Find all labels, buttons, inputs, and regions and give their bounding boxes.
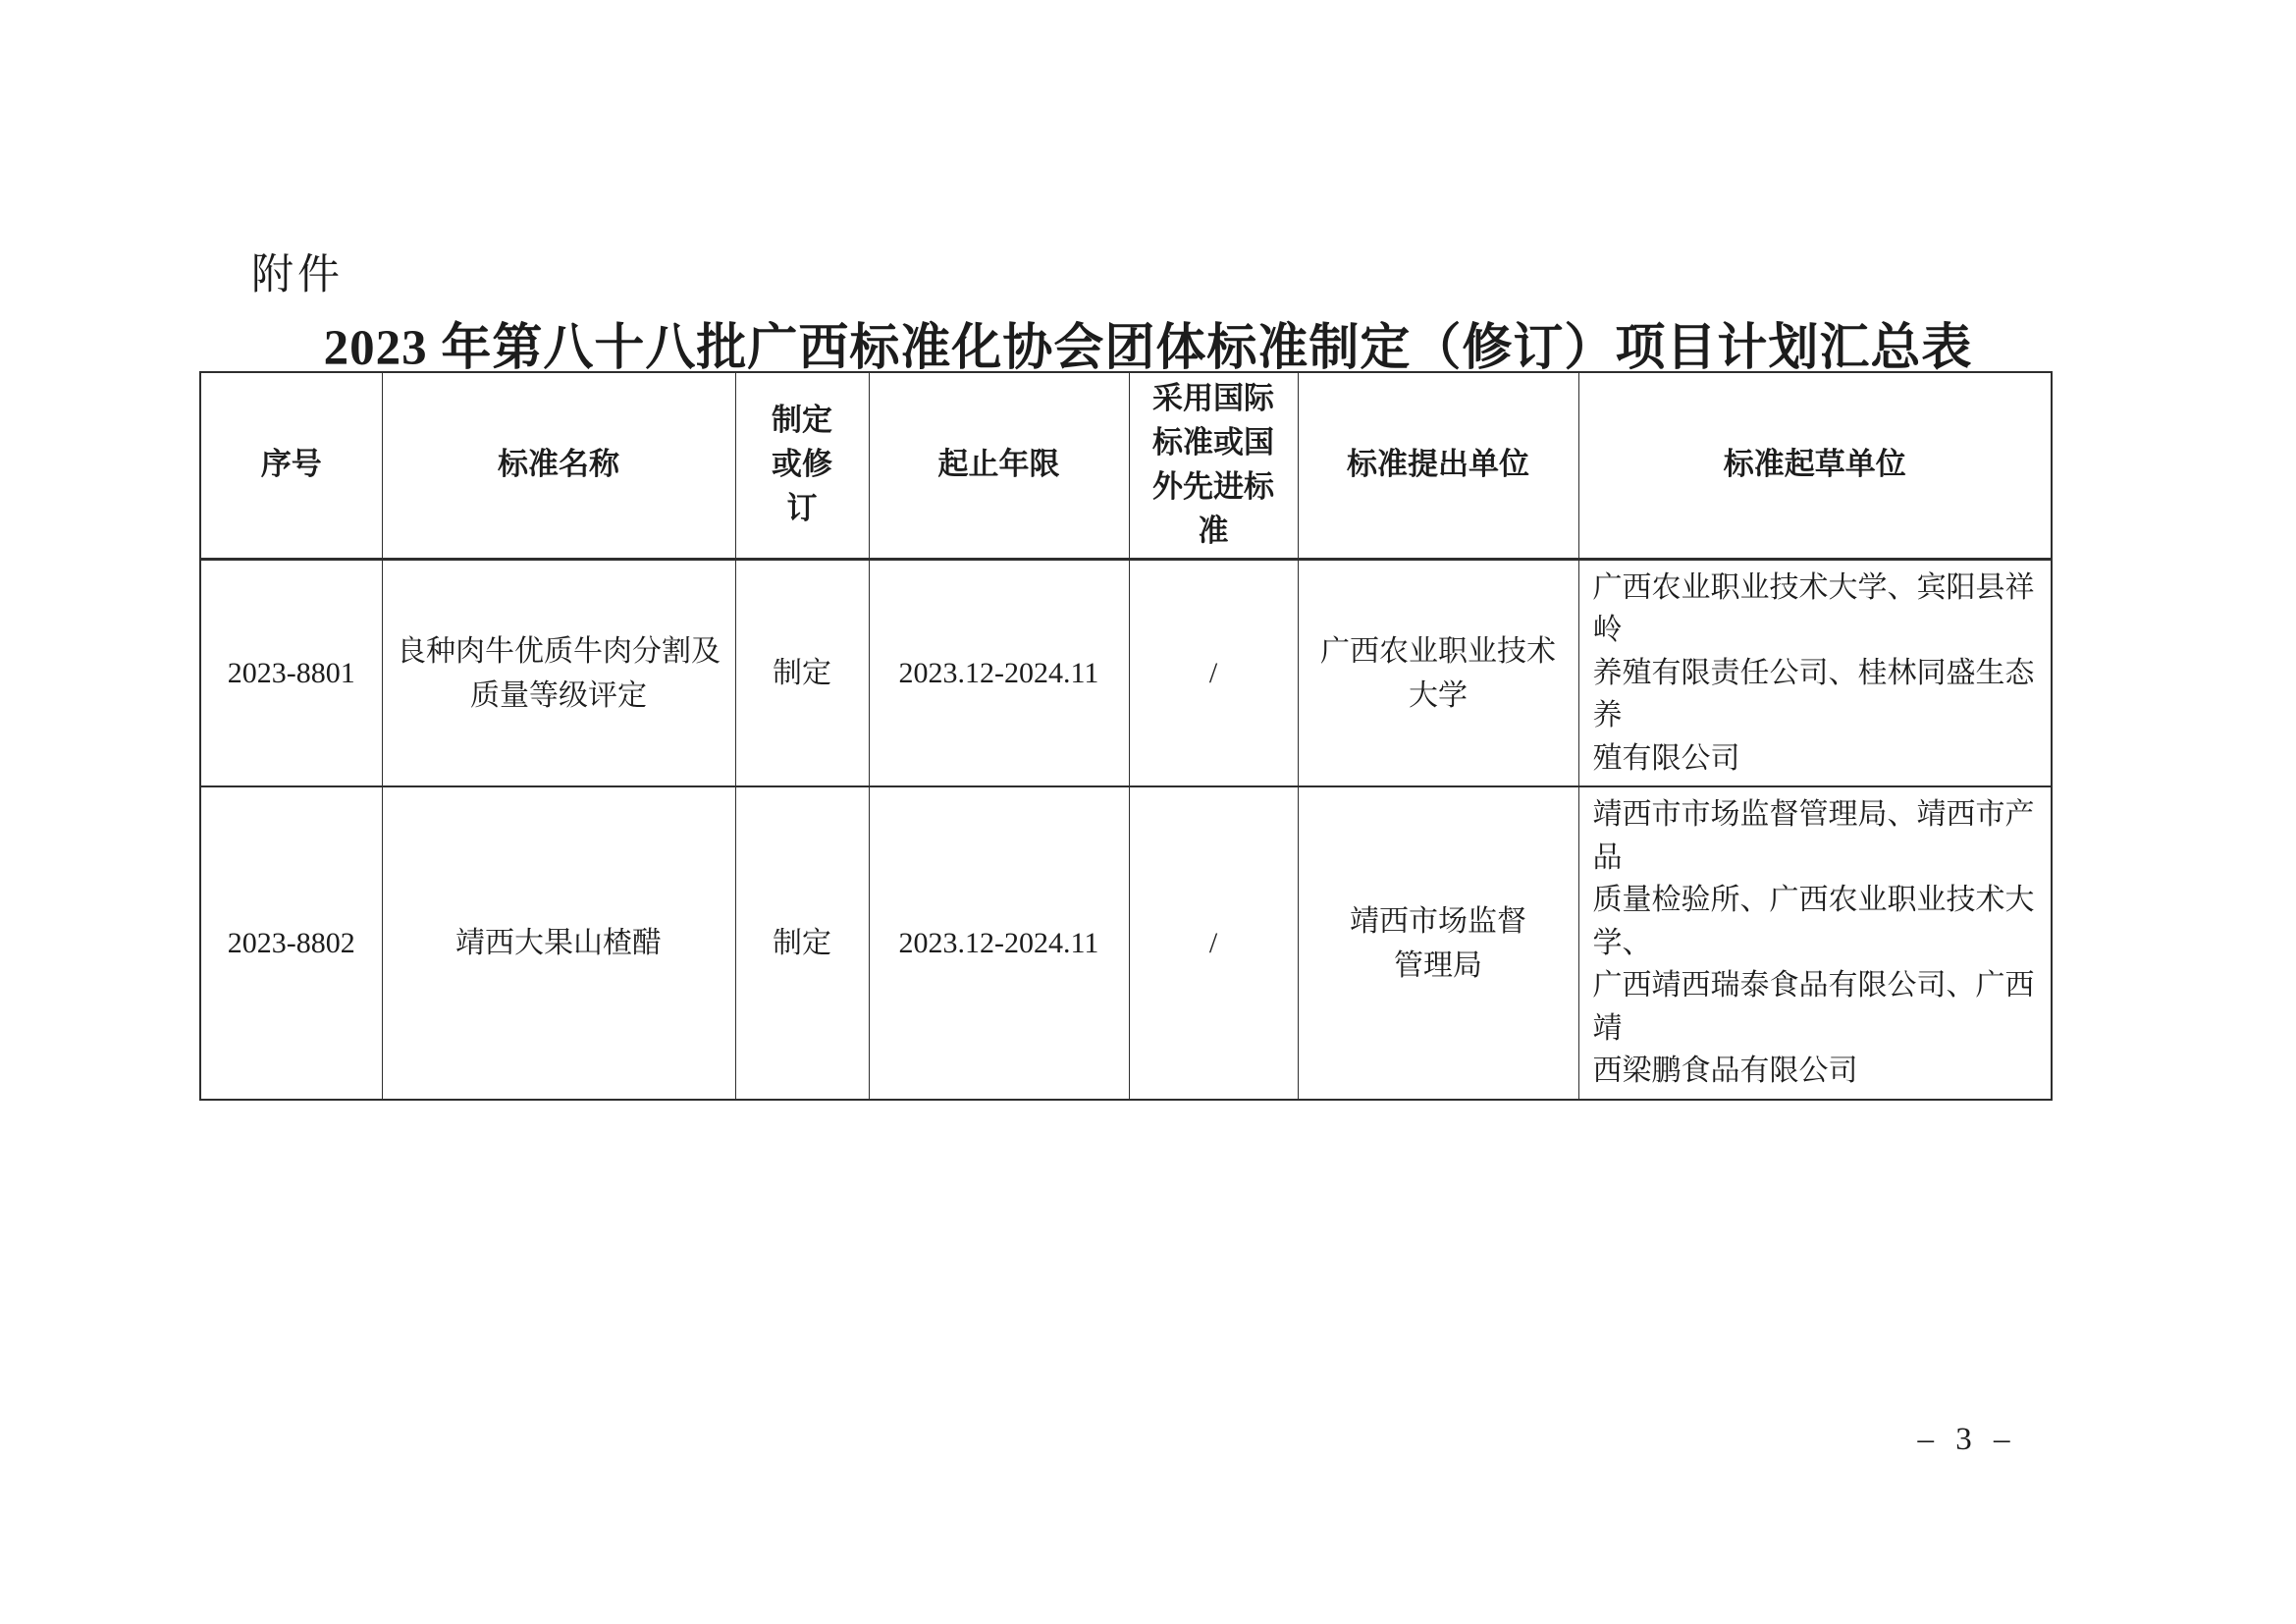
cell-intl-standard: / [1129,559,1298,786]
header-type: 制定 或修 订 [735,372,869,559]
header-seq: 序号 [200,372,382,559]
cell-type: 制定 [735,559,869,786]
cell-period: 2023.12-2024.11 [869,786,1129,1100]
header-standard-name: 标准名称 [382,372,735,559]
cell-seq: 2023-8801 [200,559,382,786]
table-header-row: 序号 标准名称 制定 或修 订 起止年限 采用国际 标准或国 外先进标 准 标准… [200,372,2052,559]
cell-proposer-unit: 靖西市场监督 管理局 [1298,786,1578,1100]
page-number: – 3 – [1863,1422,2064,1458]
cell-period: 2023.12-2024.11 [869,559,1129,786]
attachment-label: 附件 [251,242,344,301]
standards-plan-table: 序号 标准名称 制定 或修 订 起止年限 采用国际 标准或国 外先进标 准 标准… [199,371,2053,1101]
document-title: 2023 年第八十八批广西标准化协会团体标准制定（修订）项目计划汇总表 [0,306,2296,379]
cell-standard-name: 靖西大果山楂醋 [382,786,735,1100]
cell-seq: 2023-8802 [200,786,382,1100]
header-drafter-unit: 标准起草单位 [1578,372,2052,559]
cell-type: 制定 [735,786,869,1100]
header-proposer-unit: 标准提出单位 [1298,372,1578,559]
cell-drafter-unit: 靖西市市场监督管理局、靖西市产品 质量检验所、广西农业职业技术大学、 广西靖西瑞… [1578,786,2052,1100]
table-row: 2023-8801 良种肉牛优质牛肉分割及 质量等级评定 制定 2023.12-… [200,559,2052,786]
cell-drafter-unit: 广西农业职业技术大学、宾阳县祥岭 养殖有限责任公司、桂林同盛生态养 殖有限公司 [1578,559,2052,786]
header-period: 起止年限 [869,372,1129,559]
cell-standard-name: 良种肉牛优质牛肉分割及 质量等级评定 [382,559,735,786]
header-intl-standard: 采用国际 标准或国 外先进标 准 [1129,372,1298,559]
cell-intl-standard: / [1129,786,1298,1100]
table-row: 2023-8802 靖西大果山楂醋 制定 2023.12-2024.11 / 靖… [200,786,2052,1100]
cell-proposer-unit: 广西农业职业技术 大学 [1298,559,1578,786]
